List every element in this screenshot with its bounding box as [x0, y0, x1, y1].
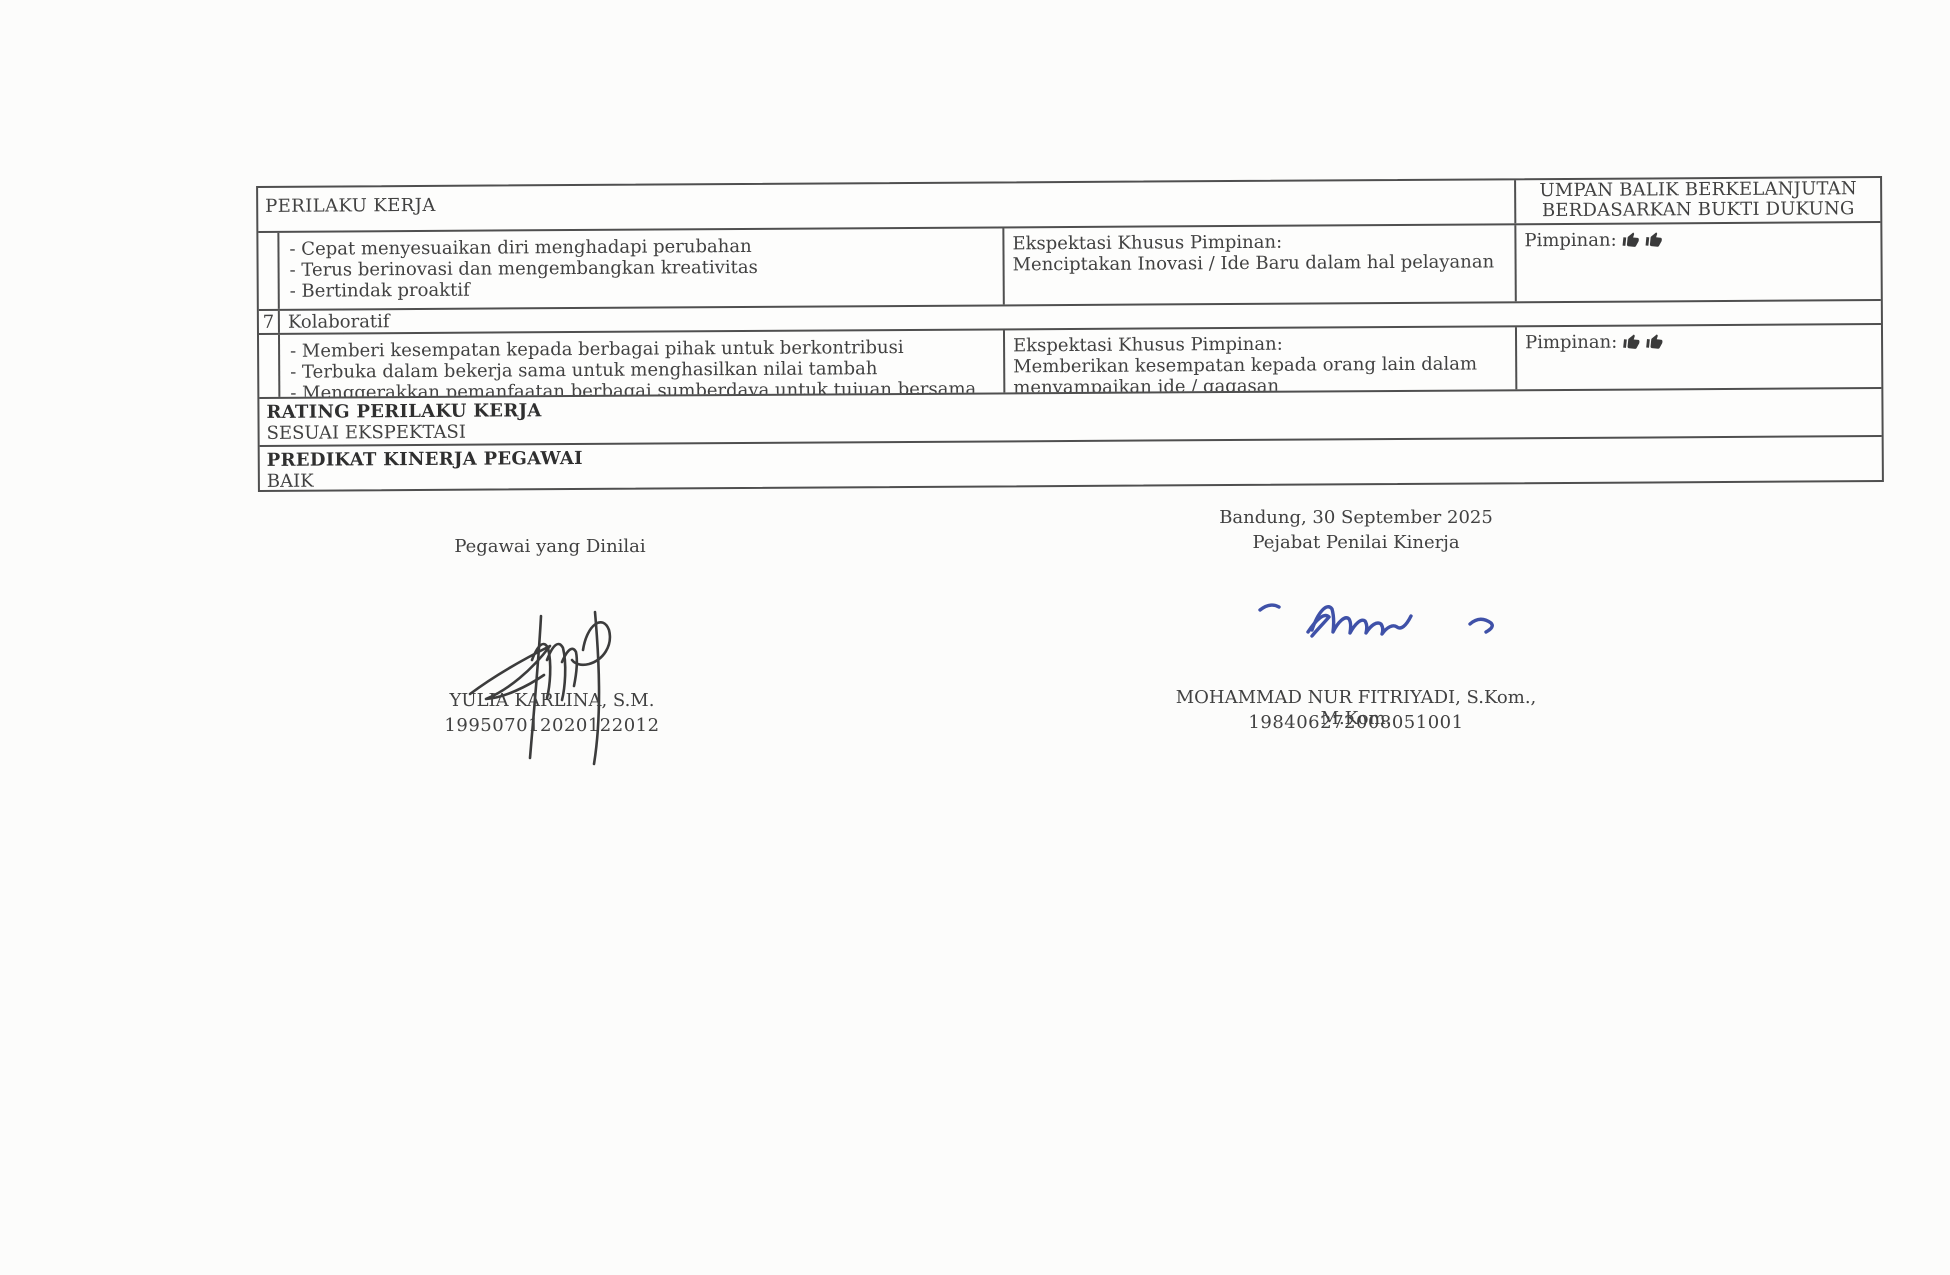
- umpan-balik-line2: BERDASARKAN BUKTI DUKUNG: [1516, 199, 1880, 221]
- left-signatory-role: Pegawai yang Dinilai: [400, 536, 700, 557]
- behavior-bullet-list-1: - Cepat menyesuaikan diri menghadapi per…: [277, 228, 1002, 308]
- predikat-row: PREDIKAT KINERJA PEGAWAI BAIK: [260, 435, 1882, 492]
- thumbs-up-icon: [1622, 333, 1641, 352]
- place-and-date: Bandung, 30 September 2025: [1206, 507, 1506, 528]
- leader-feedback-label: Pimpinan:: [1524, 230, 1616, 252]
- expectation-text: menyampaikan ide / gagasan: [1013, 374, 1515, 392]
- thumbs-up-icon: [1645, 231, 1664, 250]
- expectation-title: Ekspektasi Khusus Pimpinan:: [1013, 332, 1515, 356]
- behavior-indicators-row-1: - Cepat menyesuaikan diri menghadapi per…: [258, 221, 1880, 309]
- column-header-umpan-balik: UMPAN BALIK BERKELANJUTAN BERDASARKAN BU…: [1514, 178, 1880, 223]
- section-title-perilaku-kerja: PERILAKU KERJA: [258, 180, 1514, 231]
- row-number-cell-empty: [259, 335, 278, 397]
- behavior-bullet-list-2: - Memberi kesempatan kepada berbagai pih…: [278, 330, 1003, 396]
- right-signatory-role: Pejabat Penilai Kinerja: [1206, 532, 1506, 553]
- employee-nip: 199507012020122012: [402, 715, 702, 736]
- official-nip: 198406272008051001: [1146, 712, 1566, 733]
- leader-feedback-label: Pimpinan:: [1525, 332, 1617, 354]
- perilaku-kerja-table: PERILAKU KERJA UMPAN BALIK BERKELANJUTAN…: [256, 176, 1884, 492]
- bullet-item: - Bertindak proaktif: [290, 276, 1003, 301]
- employee-signature-ink: [462, 598, 637, 768]
- behavior-indicators-row-2: - Memberi kesempatan kepada berbagai pih…: [259, 323, 1881, 397]
- thumbs-up-icon: [1645, 333, 1664, 352]
- leader-thumbs-group: [1617, 229, 1663, 250]
- expectation-title: Ekspektasi Khusus Pimpinan:: [1012, 230, 1514, 254]
- expectation-text: Menciptakan Inovasi / Ide Baru dalam hal…: [1013, 251, 1515, 275]
- expectation-cell-1: Ekspektasi Khusus Pimpinan: Menciptakan …: [1002, 225, 1514, 304]
- leader-feedback-cell-2: Pimpinan:: [1515, 325, 1881, 389]
- thumbs-up-icon: [1622, 231, 1641, 250]
- row-number-cell-empty: [258, 233, 277, 309]
- official-signature-ink: [1248, 594, 1510, 646]
- bullet-item: - Memberi kesempatan kepada berbagai pih…: [290, 336, 1003, 361]
- row-number: 7: [259, 311, 278, 333]
- leader-thumbs-group: [1617, 331, 1663, 352]
- predikat-cell: PREDIKAT KINERJA PEGAWAI BAIK: [260, 437, 1882, 492]
- rating-row: RATING PERILAKU KERJA SESUAI EKSPEKTASI: [259, 387, 1881, 445]
- scanned-performance-document: PERILAKU KERJA UMPAN BALIK BERKELANJUTAN…: [0, 0, 1950, 1275]
- leader-feedback-cell-1: Pimpinan:: [1514, 223, 1880, 301]
- expectation-cell-2: Ekspektasi Khusus Pimpinan: Memberikan k…: [1003, 327, 1515, 392]
- expectation-text: Memberikan kesempatan kepada orang lain …: [1013, 353, 1515, 377]
- employee-name: YULIA KARLINA, S.M.: [402, 690, 702, 711]
